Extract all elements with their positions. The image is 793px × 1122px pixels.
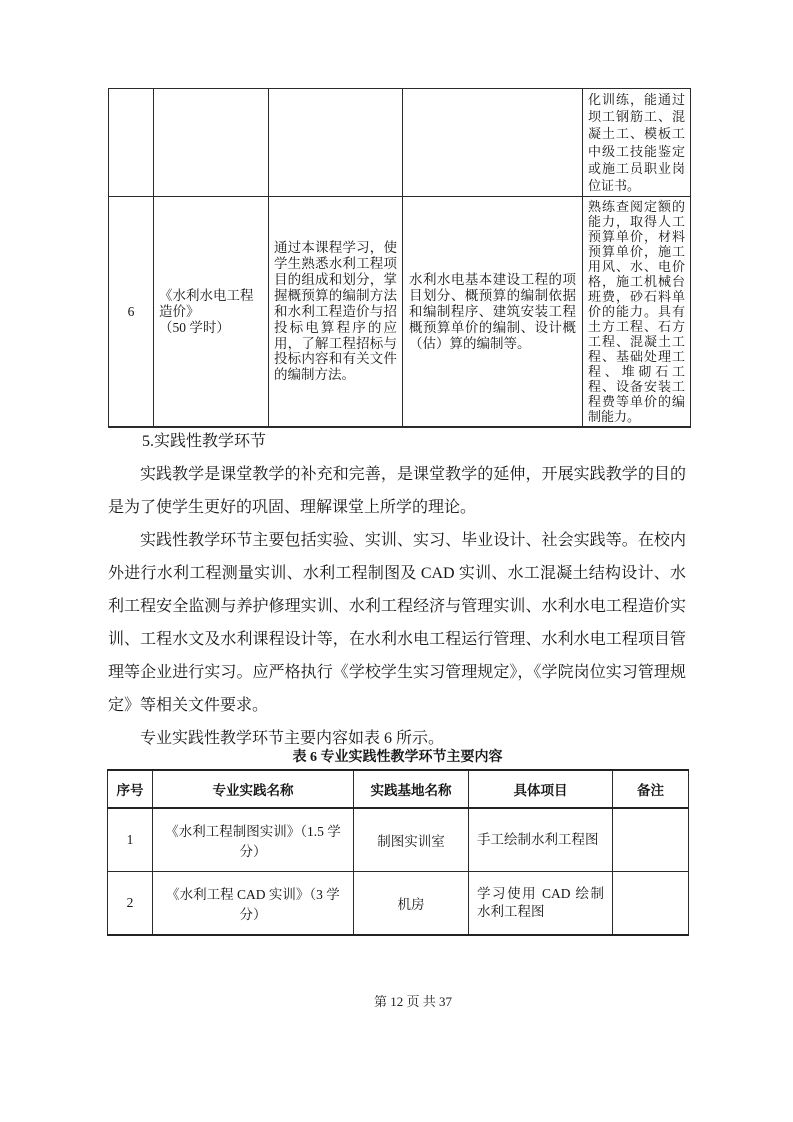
table-row-continued: 化训练，能通过坝工钢筋工、混凝土工、模板工中级工技能鉴定或施工员职业岗位证书。: [109, 89, 691, 197]
page-footer: 第 12 页 共 37: [33, 991, 793, 1010]
cell-seq: 1: [108, 808, 153, 872]
cell-practice-name: 《水利工程 CAD 实训》（3 学分）: [153, 872, 354, 936]
header-note: 备注: [613, 770, 689, 808]
cell-objective: [269, 89, 403, 197]
cell-ability-continued: 化训练，能通过坝工钢筋工、混凝土工、模板工中级工技能鉴定或施工员职业岗位证书。: [583, 89, 691, 197]
cell-course-name: [154, 89, 269, 197]
cell-note: [613, 872, 689, 936]
section-heading: 5.实践性教学环节: [108, 425, 686, 458]
cell-seq: 2: [108, 872, 153, 936]
cell-note: [613, 808, 689, 872]
cell-base-name: 机房: [354, 872, 469, 936]
cell-seq: [109, 89, 154, 197]
cell-content: [403, 89, 583, 197]
cell-practice-name: 《水利工程制图实训》（1.5 学分）: [153, 808, 354, 872]
cell-seq: 6: [109, 197, 154, 428]
cell-base-name: 制图实训室: [354, 808, 469, 872]
document-page: 化训练，能通过坝工钢筋工、混凝土工、模板工中级工技能鉴定或施工员职业岗位证书。 …: [0, 0, 793, 1122]
cell-objective: 通过本课程学习，使学生熟悉水利工程项目的组成和划分，掌握概预算的编制方法和水利工…: [269, 197, 403, 428]
practice-table-header-row: 序号 专业实践名称 实践基地名称 具体项目 备注: [108, 770, 689, 808]
cell-course-name: 《水利水电工程造价》 （50 学时）: [154, 197, 269, 428]
course-objectives-table: 化训练，能通过坝工钢筋工、混凝土工、模板工中级工技能鉴定或施工员职业岗位证书。 …: [108, 88, 691, 428]
practice-row-2: 2 《水利工程 CAD 实训》（3 学分） 机房 学习使用 CAD 绘制水利工程…: [108, 872, 689, 936]
table-row-6: 6 《水利水电工程造价》 （50 学时） 通过本课程学习，使学生熟悉水利工程项目…: [109, 197, 691, 428]
practice-row-1: 1 《水利工程制图实训》（1.5 学分） 制图实训室 手工绘制水利工程图: [108, 808, 689, 872]
practice-table: 序号 专业实践名称 实践基地名称 具体项目 备注 1 《水利工程制图实训》（1.…: [107, 769, 689, 936]
header-project: 具体项目: [469, 770, 613, 808]
section-body: 5.实践性教学环节 实践教学是课堂教学的补充和完善，是课堂教学的延伸，开展实践教…: [108, 425, 686, 722]
paragraph-practice-intro: 实践教学是课堂教学的补充和完善，是课堂教学的延伸，开展实践教学的目的是为了使学生…: [108, 458, 686, 524]
table6-caption: 表 6 专业实践性教学环节主要内容: [107, 749, 688, 767]
header-seq: 序号: [108, 770, 153, 808]
cell-project: 学习使用 CAD 绘制水利工程图: [469, 872, 613, 936]
cell-project: 手工绘制水利工程图: [469, 808, 613, 872]
cell-content: 水利水电基本建设工程的项目划分、概预算的编制依据和编制程序、建筑安装工程概预算单…: [403, 197, 583, 428]
header-practice-name: 专业实践名称: [153, 770, 354, 808]
paragraph-practice-detail: 实践性教学环节主要包括实验、实训、实习、毕业设计、社会实践等。在校内外进行水利工…: [108, 524, 686, 722]
cell-ability: 熟练查阅定额的能力，取得人工预算单价，材料预算单价，施工用风、水、电价格，施工机…: [583, 197, 691, 428]
header-base-name: 实践基地名称: [354, 770, 469, 808]
